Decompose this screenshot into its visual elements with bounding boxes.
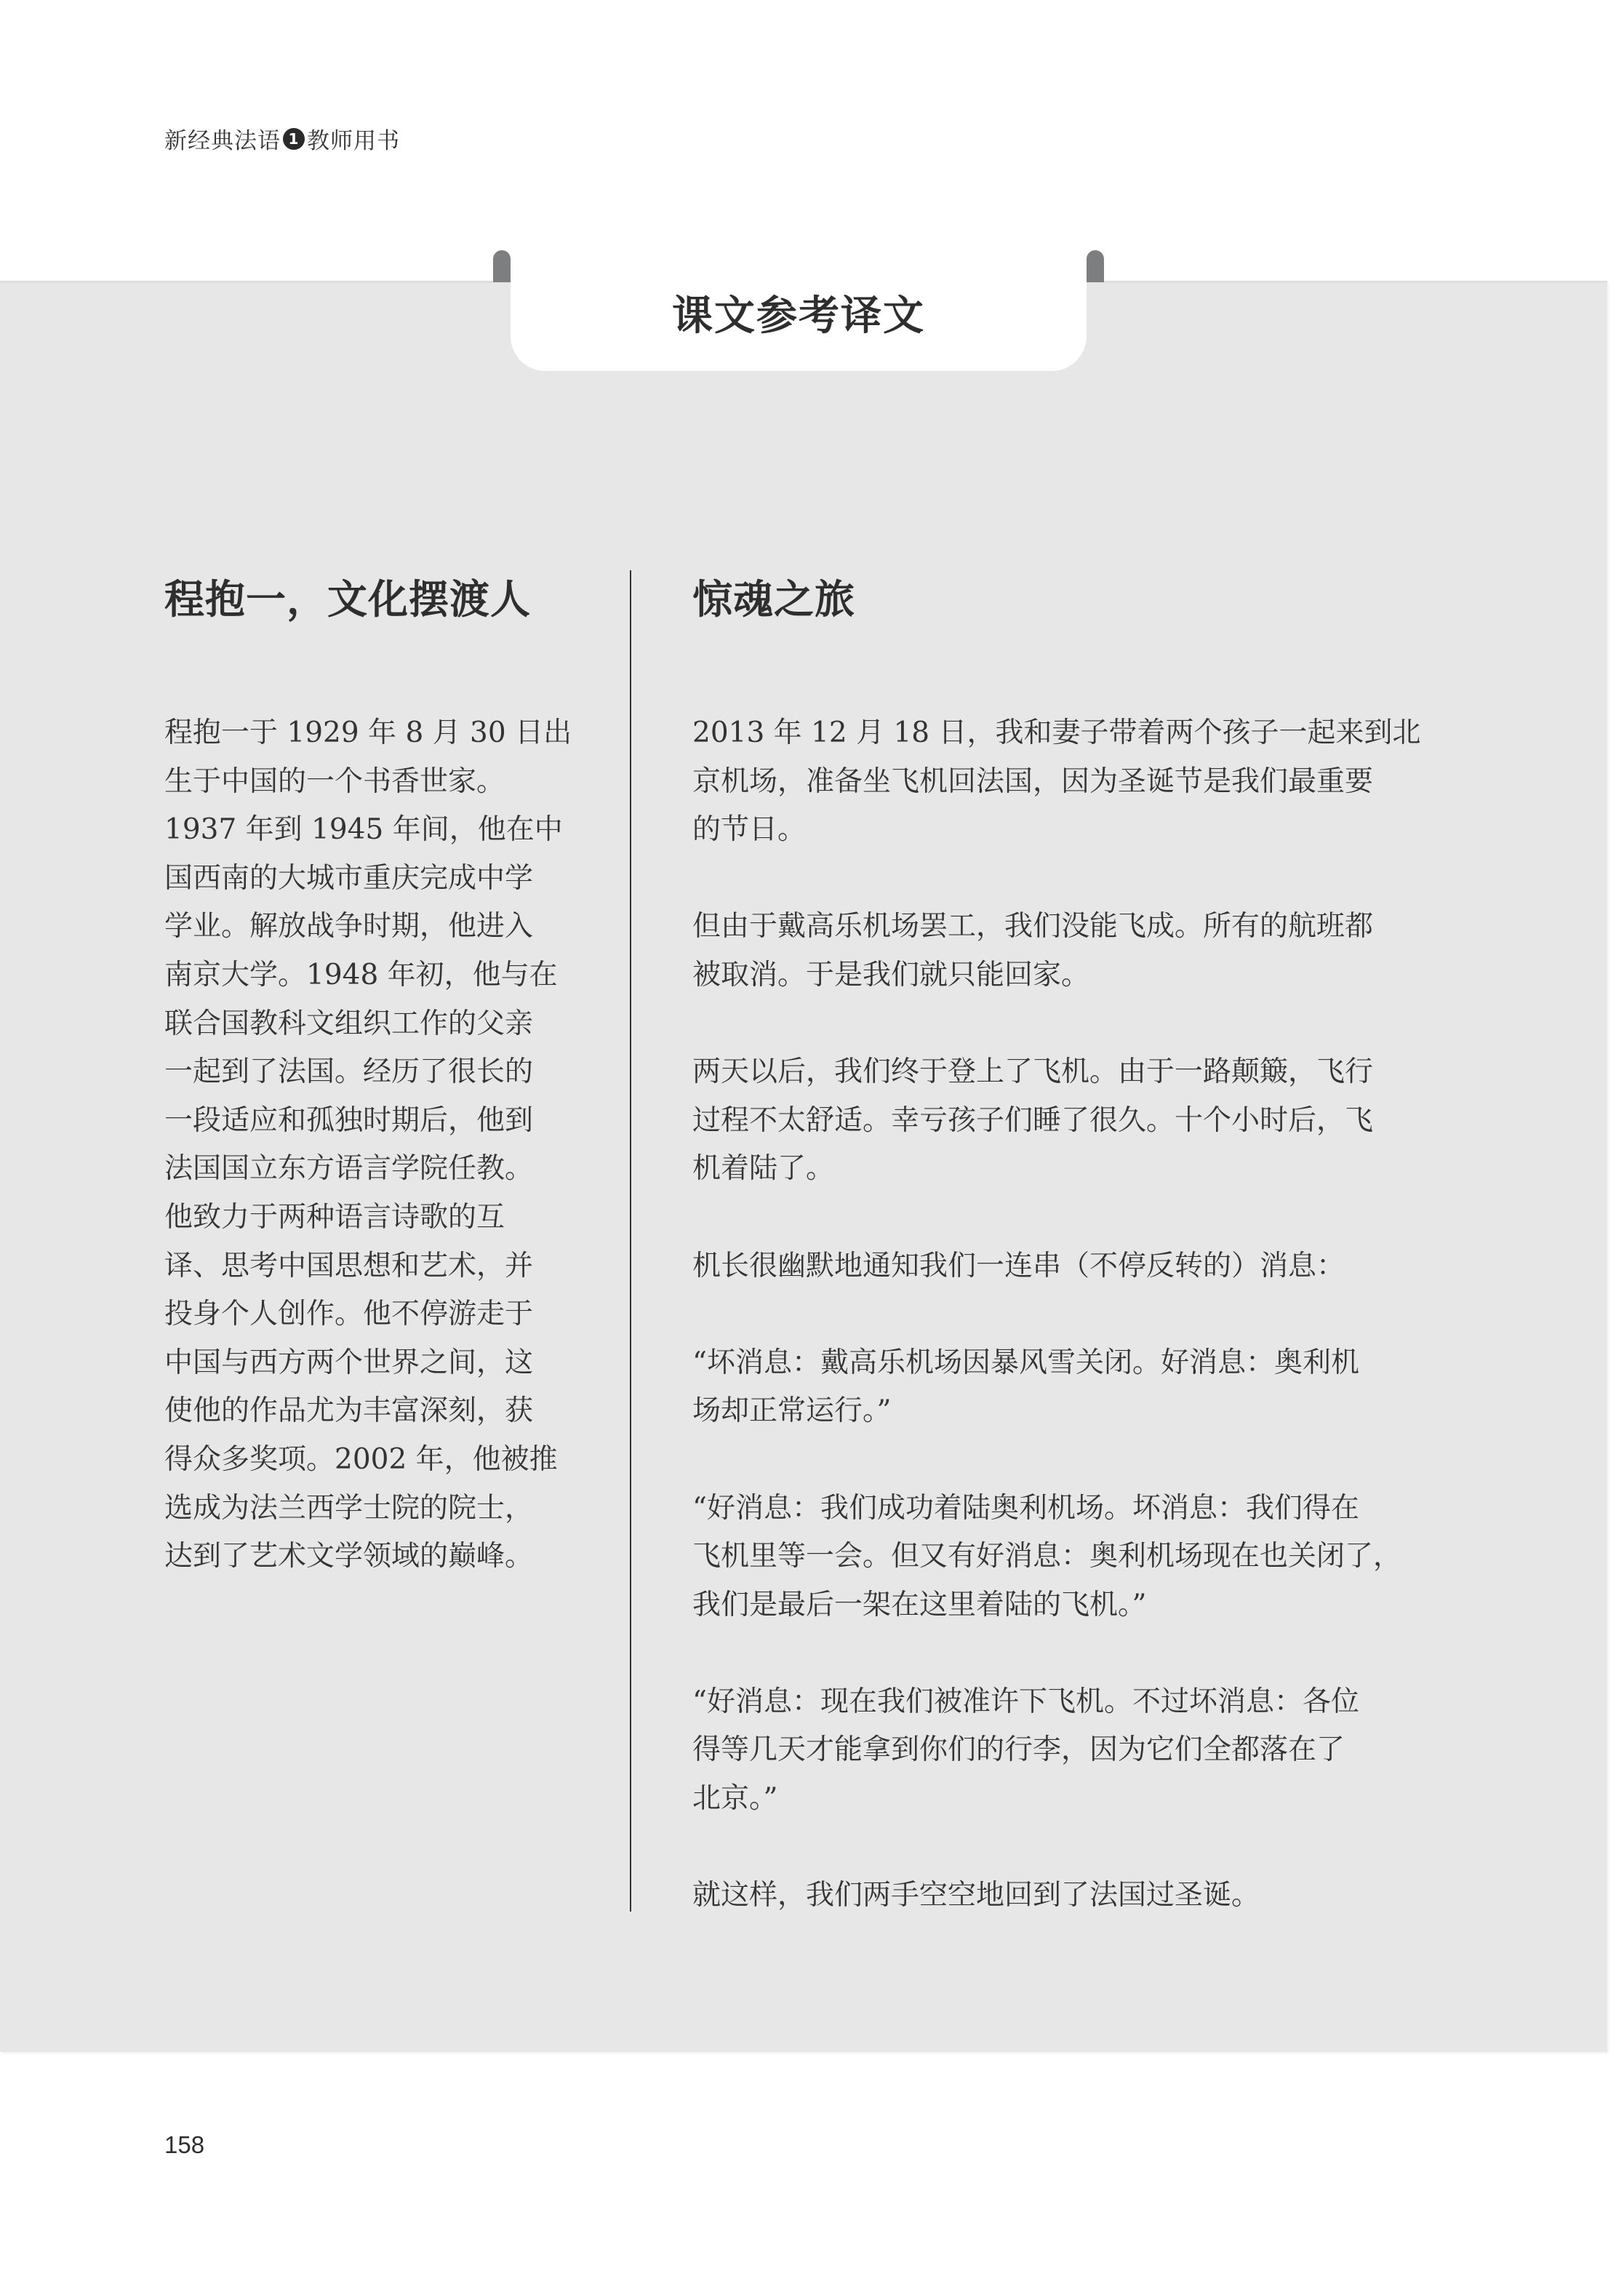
text-line: 学业。解放战争时期，他进入 [164,903,572,951]
paragraph-captain: 机长很幽默地通知我们一连串（不停反转的）消息： [692,1242,1434,1291]
book-title-prefix: 新经典法语 [164,122,281,155]
paragraph-departure: 2013 年 12 月 18 日，我和妻子带着两个孩子一起来到北 京机场，准备坐… [692,709,1434,855]
text-line: 国西南的大城市重庆完成中学 [164,855,572,903]
text-line: 场却正常运行。” [692,1387,1434,1436]
book-title-suffix: 教师用书 [307,122,400,155]
left-column-body: 程抱一于 1929 年 8 月 30 日出 生于中国的一个书香世家。 1937 … [164,709,572,1581]
text-line: 联合国教科文组织工作的父亲 [164,1000,572,1049]
running-header: 新经典法语 1 教师用书 [164,122,400,155]
right-column-title: 惊魂之旅 [692,567,855,625]
paragraph-quote-1: “坏消息：戴高乐机场因暴风雪关闭。好消息：奥利机 场却正常运行。” [692,1339,1434,1436]
tab-knob-right-decoration [1087,250,1104,282]
text-line: 一起到了法国。经历了很长的 [164,1048,572,1097]
text-line: 他致力于两种语言诗歌的互 [164,1194,572,1242]
section-tab: 课文参考译文 [511,240,1087,371]
paragraph-strike: 但由于戴高乐机场罢工，我们没能飞成。所有的航班都 被取消。于是我们就只能回家。 [692,903,1434,999]
text-line: 得众多奖项。2002 年，他被推 [164,1436,572,1485]
text-line: 京机场，准备坐飞机回法国，因为圣诞节是我们最重要 [692,758,1434,807]
text-line: 生于中国的一个书香世家。 [164,758,572,807]
text-line: 中国与西方两个世界之间，这 [164,1339,572,1388]
text-line: 的节日。 [692,806,1434,855]
text-line: 北京。” [692,1775,1434,1824]
column-divider [630,570,631,1912]
text-line: 法国国立东方语言学院任教。 [164,1145,572,1194]
text-line: 我们是最后一架在这里着陆的飞机。” [692,1581,1434,1630]
text-line: 选成为法兰西学士院的院士， [164,1485,572,1533]
text-line: 机着陆了。 [692,1145,1434,1194]
text-line: 南京大学。1948 年初，他与在 [164,951,572,1000]
page-number: 158 [164,2131,204,2159]
text-line: 1937 年到 1945 年间，他在中 [164,806,572,855]
text-line: 一段适应和孤独时期后，他到 [164,1097,572,1146]
volume-number-badge: 1 [283,128,305,150]
text-line: 投身个人创作。他不停游走于 [164,1290,572,1339]
text-line: 机长很幽默地通知我们一连串（不停反转的）消息： [692,1242,1434,1291]
text-line: 程抱一于 1929 年 8 月 30 日出 [164,709,572,758]
text-line: 被取消。于是我们就只能回家。 [692,951,1434,1000]
text-line: “好消息：我们成功着陆奥利机场。坏消息：我们得在 [692,1485,1434,1533]
text-line: 2013 年 12 月 18 日，我和妻子带着两个孩子一起来到北 [692,709,1434,758]
text-line: 飞机里等一会。但又有好消息：奥利机场现在也关闭了， [692,1533,1434,1581]
text-line: 使他的作品尤为丰富深刻，获 [164,1387,572,1436]
text-line: “好消息：现在我们被准许下飞机。不过坏消息：各位 [692,1678,1434,1727]
paragraph-quote-2: “好消息：我们成功着陆奥利机场。坏消息：我们得在 飞机里等一会。但又有好消息：奥… [692,1485,1434,1630]
text-line: 达到了艺术文学领域的巅峰。 [164,1533,572,1581]
text-line: 但由于戴高乐机场罢工，我们没能飞成。所有的航班都 [692,903,1434,951]
text-line: 译、思考中国思想和艺术，并 [164,1242,572,1291]
tab-knob-left-decoration [493,250,511,282]
text-line: 过程不太舒适。幸亏孩子们睡了很久。十个小时后，飞 [692,1097,1434,1146]
paragraph-flight: 两天以后，我们终于登上了飞机。由于一路颠簸，飞行 过程不太舒适。幸亏孩子们睡了很… [692,1048,1434,1194]
paragraph-conclusion: 就这样，我们两手空空地回到了法国过圣诞。 [692,1872,1434,1920]
right-column-body: 2013 年 12 月 18 日，我和妻子带着两个孩子一起来到北 京机场，准备坐… [692,709,1434,1968]
left-column-title: 程抱一，文化摆渡人 [164,567,531,625]
section-title: 课文参考译文 [672,284,925,342]
text-line: “坏消息：戴高乐机场因暴风雪关闭。好消息：奥利机 [692,1339,1434,1388]
text-line: 就这样，我们两手空空地回到了法国过圣诞。 [692,1872,1434,1920]
text-line: 得等几天才能拿到你们的行李，因为它们全都落在了 [692,1726,1434,1775]
paragraph-quote-3: “好消息：现在我们被准许下飞机。不过坏消息：各位 得等几天才能拿到你们的行李，因… [692,1678,1434,1824]
text-line: 两天以后，我们终于登上了飞机。由于一路颠簸，飞行 [692,1048,1434,1097]
